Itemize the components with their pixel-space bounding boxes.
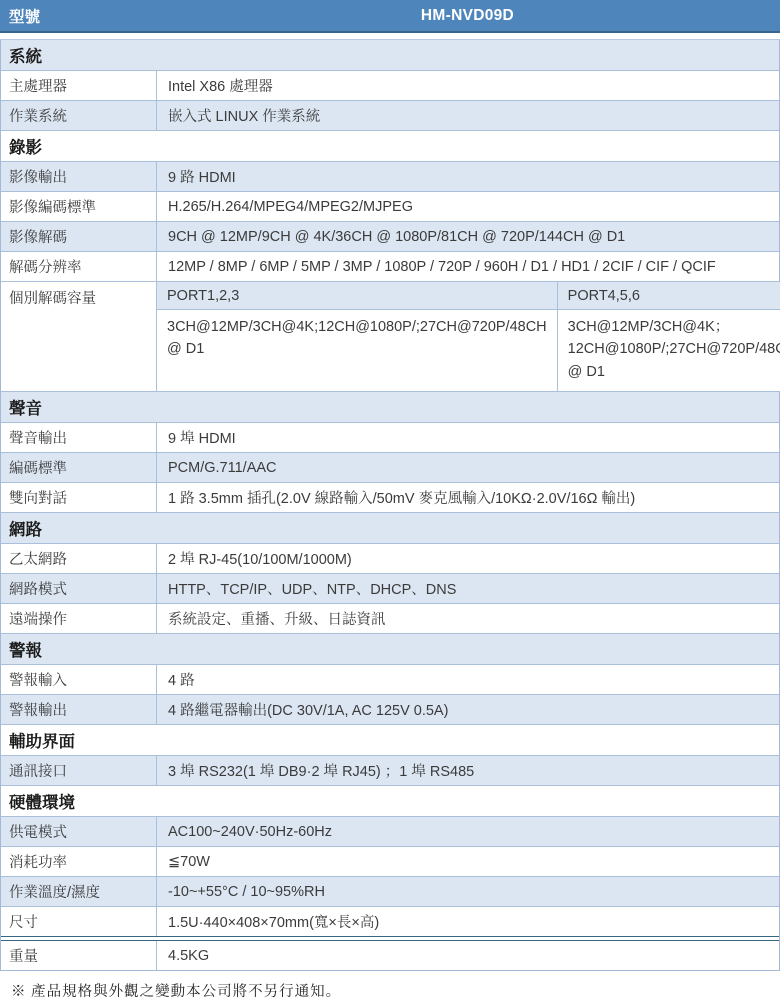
row-label: 作業系統 xyxy=(1,101,156,130)
row-label: 主處理器 xyxy=(1,71,156,100)
row-value: 4 路繼電器輸出(DC 30V/1A, AC 125V 0.5A) xyxy=(156,695,779,724)
section-header-recording: 錄影 xyxy=(1,131,779,162)
row-label: 影像編碼標準 xyxy=(1,192,156,221)
row-value: -10~+55°C / 10~95%RH xyxy=(156,877,779,906)
table-row: 網路模式 HTTP、TCP/IP、UDP、NTP、DHCP、DNS xyxy=(1,574,779,604)
section-title: 網路 xyxy=(1,513,50,543)
port-capacity: 3CH@12MP/3CH@4K；12CH@1080P/;27CH@720P/48… xyxy=(558,310,780,391)
row-label: 個別解碼容量 xyxy=(1,282,156,391)
table-row: 警報輸出 4 路繼電器輸出(DC 30V/1A, AC 125V 0.5A) xyxy=(1,695,779,725)
section-title: 系統 xyxy=(1,40,50,70)
row-value: 2 埠 RJ-45(10/100M/1000M) xyxy=(156,544,779,573)
table-row: 作業系統 嵌入式 LINUX 作業系統 xyxy=(1,101,779,131)
row-value: AC100~240V·50Hz-60Hz xyxy=(156,817,779,846)
row-label: 聲音輸出 xyxy=(1,423,156,452)
section-title: 錄影 xyxy=(1,131,50,161)
row-value: Intel X86 處理器 xyxy=(156,71,779,100)
row-value: 3 埠 RS232(1 埠 DB9·2 埠 RJ45) ；1 埠 RS485 xyxy=(156,756,779,785)
section-title: 聲音 xyxy=(1,392,50,422)
decode-port-grid: PORT1,2,3 3CH@12MP/3CH@4K;12CH@1080P/;27… xyxy=(156,282,780,391)
model-label: 型號 xyxy=(0,5,155,27)
row-label: 作業溫度/濕度 xyxy=(1,877,156,906)
table-row: 尺寸 1.5U·440×408×70mm(寬×長×高) xyxy=(1,907,779,936)
row-label: 影像輸出 xyxy=(1,162,156,191)
disclaimer-footnote: ※ 產品規格與外觀之變動本公司將不另行通知。 xyxy=(0,980,780,1001)
table-row: 編碼標準 PCM/G.711/AAC xyxy=(1,453,779,483)
table-row: 乙太網路 2 埠 RJ-45(10/100M/1000M) xyxy=(1,544,779,574)
row-label: 警報輸入 xyxy=(1,665,156,694)
table-row: 重量 4.5KG xyxy=(1,941,779,970)
row-value: 12MP / 8MP / 6MP / 5MP / 3MP / 1080P / 7… xyxy=(156,252,779,281)
section-header-network: 網路 xyxy=(1,513,779,544)
row-value: 9 路 HDMI xyxy=(156,162,779,191)
row-label: 供電模式 xyxy=(1,817,156,846)
spec-sheet: 型號 HM-NVD09D 系統 主處理器 Intel X86 處理器 作業系統 … xyxy=(0,0,780,1001)
section-header-audio: 聲音 xyxy=(1,392,779,423)
row-label: 影像解碼 xyxy=(1,222,156,251)
spec-table: 系統 主處理器 Intel X86 處理器 作業系統 嵌入式 LINUX 作業系… xyxy=(0,39,780,971)
port-column: PORT1,2,3 3CH@12MP/3CH@4K;12CH@1080P/;27… xyxy=(156,282,557,391)
row-label: 警報輸出 xyxy=(1,695,156,724)
model-header-row: 型號 HM-NVD09D xyxy=(0,0,780,33)
port-capacity: 3CH@12MP/3CH@4K;12CH@1080P/;27CH@720P/48… xyxy=(157,310,557,391)
table-row: 影像編碼標準 H.265/H.264/MPEG4/MPEG2/MJPEG xyxy=(1,192,779,222)
table-row: 影像輸出 9 路 HDMI xyxy=(1,162,779,192)
row-value: 嵌入式 LINUX 作業系統 xyxy=(156,101,779,130)
table-row: 主處理器 Intel X86 處理器 xyxy=(1,71,779,101)
section-title: 警報 xyxy=(1,634,50,664)
model-number: HM-NVD09D xyxy=(155,7,780,25)
section-header-hardware-env: 硬體環境 xyxy=(1,786,779,817)
table-row: 影像解碼 9CH @ 12MP/9CH @ 4K/36CH @ 1080P/81… xyxy=(1,222,779,252)
section-title: 輔助界面 xyxy=(1,725,83,755)
port-column: PORT4,5,6 3CH@12MP/3CH@4K；12CH@1080P/;27… xyxy=(557,282,780,391)
row-value: PCM/G.711/AAC xyxy=(156,453,779,482)
row-label: 網路模式 xyxy=(1,574,156,603)
row-label: 通訊接口 xyxy=(1,756,156,785)
row-value: 1.5U·440×408×70mm(寬×長×高) xyxy=(156,907,779,936)
row-label: 重量 xyxy=(1,941,156,970)
row-value: 4.5KG xyxy=(156,941,779,970)
decode-capacity-row: 個別解碼容量 PORT1,2,3 3CH@12MP/3CH@4K;12CH@10… xyxy=(1,282,779,392)
row-value: HTTP、TCP/IP、UDP、NTP、DHCP、DNS xyxy=(156,574,779,603)
table-row: 通訊接口 3 埠 RS232(1 埠 DB9·2 埠 RJ45) ；1 埠 RS… xyxy=(1,756,779,786)
table-row: 遠端操作 系統設定、重播、升級、日誌資訊 xyxy=(1,604,779,634)
row-label: 尺寸 xyxy=(1,907,156,936)
table-row: 聲音輸出 9 埠 HDMI xyxy=(1,423,779,453)
section-header-aux-interface: 輔助界面 xyxy=(1,725,779,756)
port-header: PORT4,5,6 xyxy=(558,282,780,310)
section-header-alarm: 警報 xyxy=(1,634,779,665)
row-label: 消耗功率 xyxy=(1,847,156,876)
port-header: PORT1,2,3 xyxy=(157,282,557,310)
table-row: 供電模式 AC100~240V·50Hz-60Hz xyxy=(1,817,779,847)
row-value: H.265/H.264/MPEG4/MPEG2/MJPEG xyxy=(156,192,779,221)
row-label: 編碼標準 xyxy=(1,453,156,482)
table-row: 消耗功率 ≦70W xyxy=(1,847,779,877)
row-label: 雙向對話 xyxy=(1,483,156,512)
section-title: 硬體環境 xyxy=(1,786,83,816)
table-row: 解碼分辨率 12MP / 8MP / 6MP / 5MP / 3MP / 108… xyxy=(1,252,779,282)
row-value: ≦70W xyxy=(156,847,779,876)
row-label: 解碼分辨率 xyxy=(1,252,156,281)
row-value: 4 路 xyxy=(156,665,779,694)
row-label: 遠端操作 xyxy=(1,604,156,633)
row-value: 9CH @ 12MP/9CH @ 4K/36CH @ 1080P/81CH @ … xyxy=(156,222,779,251)
row-label: 乙太網路 xyxy=(1,544,156,573)
row-value: 1 路 3.5mm 插孔(2.0V 線路輸入/50mV 麥克風輸入/10KΩ·2… xyxy=(156,483,779,512)
section-header-system: 系統 xyxy=(1,40,779,71)
table-row: 作業溫度/濕度 -10~+55°C / 10~95%RH xyxy=(1,877,779,907)
table-row: 雙向對話 1 路 3.5mm 插孔(2.0V 線路輸入/50mV 麥克風輸入/1… xyxy=(1,483,779,513)
table-row: 警報輸入 4 路 xyxy=(1,665,779,695)
row-value: 9 埠 HDMI xyxy=(156,423,779,452)
row-value: 系統設定、重播、升級、日誌資訊 xyxy=(156,604,779,633)
